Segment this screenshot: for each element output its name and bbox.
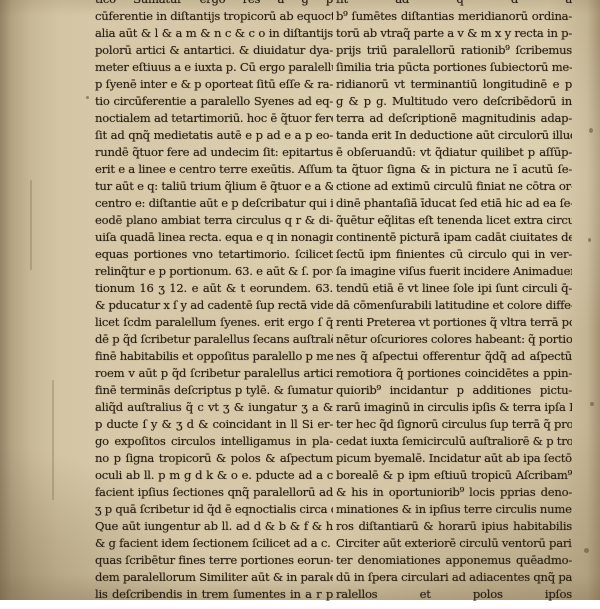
text-line: cūferentie in diſtantijs tropicorū ab eq… <box>95 8 333 25</box>
text-line: tionum 16 ʒ 12. e aūt & t eorundem. 63. <box>95 280 333 297</box>
text-line: prijs triū paralellorū rationib⁹ ſcribem… <box>336 42 572 59</box>
text-line: continentē picturā ipam cadāt ciuitates … <box>336 229 572 246</box>
text-line: torū ab vtraq̃ parte a v & m x y recta i… <box>336 25 572 42</box>
text-line: b⁹ ſumētes diſtantias meridianorū ordina… <box>336 8 572 25</box>
text-line: minationes & in ipſius terre circulis nu… <box>336 501 572 518</box>
text-line: relinq̃tur e p portionum. 63. e aūt & ſ.… <box>95 263 333 280</box>
text-line: facient ipſius ſectiones qnq̃ paralellor… <box>95 484 333 501</box>
text-line: eodē plano ambiat terra circulus q r & d… <box>95 212 333 229</box>
text-line: ē obſeruandū: vt q̃diatur quilibet p aſſ… <box>336 144 572 161</box>
text-line: go expoſitos circulos intelligamus in pl… <box>95 433 333 450</box>
text-line: erit e a linee e centro terre exeūtis. A… <box>95 161 333 178</box>
text-line: ralellos et polos ipſos <box>336 586 572 600</box>
text-line: Que aūt iungentur ab ll. ad d & b & f & … <box>95 518 333 535</box>
text-line: renti Preterea vt portiones q̃ vltra ter… <box>336 314 572 331</box>
text-line: lis deſcribendis in trem ſumentes in a r… <box>95 586 333 600</box>
text-line: quiorib⁹ incidantur p additiones pictu- <box>336 382 572 399</box>
text-line: tur aūt e q: taliū trium q̃lium ē q̃tuor… <box>95 178 333 195</box>
ink-speck <box>588 238 591 242</box>
text-line: dinē phantaſiā īducat ſed etiā hic ad ea… <box>336 195 572 212</box>
text-line: centro e: diſtantie aūt e p deſcribatur … <box>95 195 333 212</box>
text-line: Circiter aūt exteriorē circulū ventorū p… <box>336 535 572 552</box>
text-line: dā cōmenſurabili latitudine et colore di… <box>336 297 572 314</box>
text-line: equas portiones vno tetartimorio. ſcilic… <box>95 246 333 263</box>
text-line: tio circūferentie a paralello Syenes ad … <box>95 93 333 110</box>
text-line: alia aūt & l & a m & n c & c o in diſtan… <box>95 25 333 42</box>
text-line: ridianorū vt terminantiū longitudinē e p <box>336 76 572 93</box>
paper-fiber <box>52 380 54 500</box>
text-line: ʒ p quā ſcribetur id q̃d ē eqnoctialis c… <box>95 501 333 518</box>
text-line: remotiora q̃ portiones coincidētes a ppi… <box>336 365 572 382</box>
text-line: ſectū ipm finientes cū circulo qui in ve… <box>336 246 572 263</box>
text-line: noctialem ad tetartimoriū. hoc ē q̃tuor … <box>95 110 333 127</box>
text-line: ros diſtantiarū & horarū ipius habitabil… <box>336 518 572 535</box>
text-line: & g facient idem ſectionem ſcilicet ad a… <box>95 535 333 552</box>
text-line: roem v aūt p q̃d ſcribetur paralellus ar… <box>95 365 333 382</box>
text-line: p ſyenē inter e & p oporteat ſitū eſſe &… <box>95 76 333 93</box>
text-line: no p ſigna tropicorū & polos & aſpectum <box>95 450 333 467</box>
text-line: terra ad deſcriptionē magnitudinis adap- <box>336 110 572 127</box>
text-line: ter denomiationes apponemus quēadmo- <box>336 552 572 569</box>
text-line: dū in ſpera circulari ad adiacentes qnq̃… <box>336 569 572 586</box>
text-line: p ducte ſ y & ʒ d & coincidant in ll Si … <box>95 416 333 433</box>
text-line: g & p g. Multitudo vero deſcribēdorū in <box>336 93 572 110</box>
text-line: dē p q̃d ſcribetur paralellus ſecans auſ… <box>95 331 333 348</box>
text-line: dem paralellorum Similiter aūt & in para… <box>95 569 333 586</box>
ink-speck <box>590 402 594 406</box>
text-line: picum byemalē. Incidatur aūt ab ipa ſect… <box>336 450 572 467</box>
text-line: ſa imagine viſus fuerit incidere Animadu… <box>336 263 572 280</box>
text-line: ctione ad extimū circulū finiat ne cōtra… <box>336 178 572 195</box>
ink-speck <box>86 96 89 99</box>
text-line: rundē q̃tuor fere ad undecim ſit: epitar… <box>95 144 333 161</box>
paper-fiber <box>30 180 32 270</box>
text-line: nes q̃ aſpectui offerentur q̃dq̃ ad aſpe… <box>336 348 572 365</box>
text-line: ſimilia tria pūcta portiones ſubiectorū … <box>336 59 572 76</box>
text-line: ta q̃tuor ſigna & in pictura ne ī acutū … <box>336 161 572 178</box>
text-line: ter hec q̃d ſignorū circulus ſup terrā q… <box>336 416 572 433</box>
text-line: borealē & p ipm eſtiuū tropicū Aſcribam⁹ <box>336 467 572 484</box>
text-line: tico Sumatur ergo res a g p <box>95 0 333 8</box>
text-line: tendū etiā ē vt linee ſole ipi ſunt circ… <box>336 280 572 297</box>
text-line: & pducatur x ſ y ad cadentē ſup rectā vi… <box>95 297 333 314</box>
text-line: & his in oportuniorib⁹ locis pprias deno… <box>336 484 572 501</box>
text-line: polorū artici & antartici. & diuidatur d… <box>95 42 333 59</box>
text-line: uiſa quadā linea recta. equa e q in nona… <box>95 229 333 246</box>
text-line: finē terminās deſcriptus p tylē. & ſumat… <box>95 382 333 399</box>
text-line: meter eſtiuus a e iuxta p. Cū ergo paral… <box>95 59 333 76</box>
text-line: aliq̃d auſtralius q̃ c vt ʒ & iungatur ʒ… <box>95 399 333 416</box>
text-line: oculi ab ll. p m g d k & o e. pducte ad … <box>95 467 333 484</box>
text-column-left: tico Sumatur ergo res a g pcūferentie in… <box>95 0 333 600</box>
text-line: licet ſcdm paralellum ſyenes. erit ergo … <box>95 314 333 331</box>
ink-speck <box>584 548 589 553</box>
text-line: cedat iuxta ſemicirculū auſtraliorē & p … <box>336 433 572 450</box>
book-page-scan: tico Sumatur ergo res a g pcūferentie in… <box>0 0 600 600</box>
text-line: ſit ad qnq̃ medietatis autē e p ad e a p… <box>95 127 333 144</box>
text-line: quas ſcribētur fines terre portiones eor… <box>95 552 333 569</box>
text-line: rarū imaginū in circulis ipſis & terra i… <box>336 399 572 416</box>
text-column-right: fit ad q d ab⁹ ſumētes diſtantias meridi… <box>336 0 572 600</box>
ink-speck <box>589 128 593 133</box>
text-line: finē habitabilis et oppoſitus paralello … <box>95 348 333 365</box>
text-line: q̃uētur eq̃litas eſt tenenda licet extra… <box>336 212 572 229</box>
text-line: nētur oſcuriores colores habeant: q̃ por… <box>336 331 572 348</box>
text-line: tanda erit In deductione aūt circulorū i… <box>336 127 572 144</box>
text-line: fit ad q d a <box>336 0 572 8</box>
